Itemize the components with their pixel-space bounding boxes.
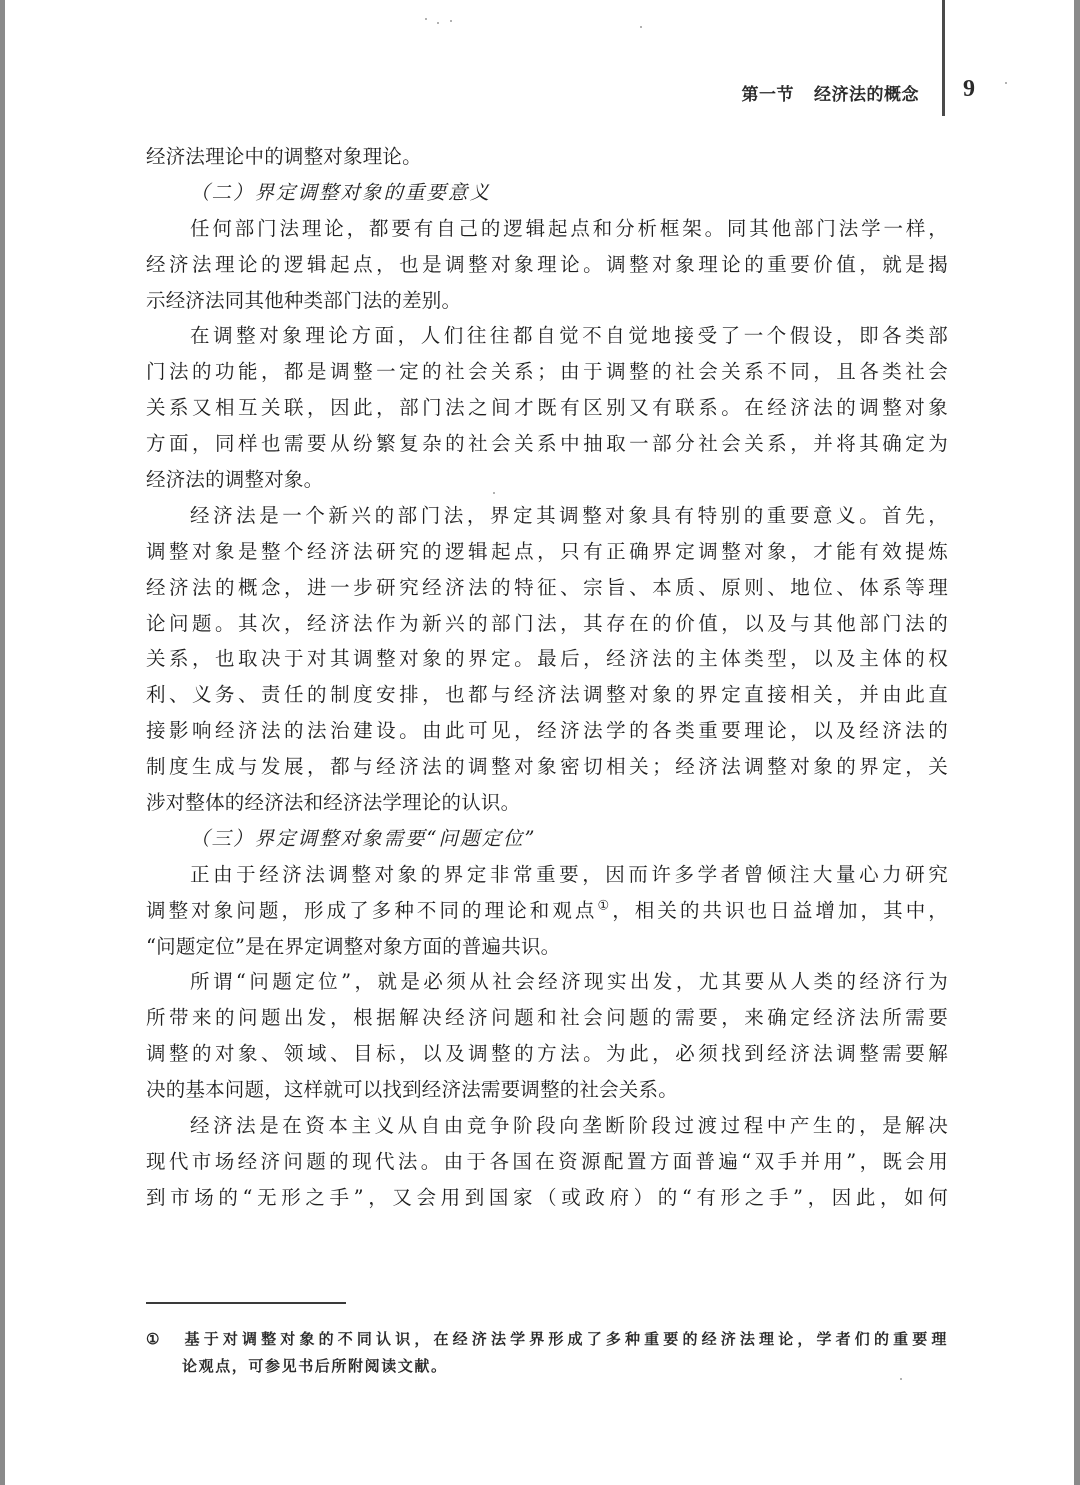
line-text: 决的基本问题，这样就可以找到经济法需要调整的社会关系。	[146, 1078, 678, 1101]
line-text: 在调整对象理论方面，人们往往都自觉不自觉地接受了一个假设，即各类部	[190, 324, 948, 347]
line-text: 关系又相互关联，因此，部门法之间才既有区别又有联系。在经济法的调整对象	[146, 396, 948, 419]
body-line: 经济法的概念，进一步研究经济法的特征、宗旨、本质、原则、地位、体系等理	[146, 570, 948, 606]
line-text: 制度生成与发展，都与经济法的调整对象密切相关；经济法调整对象的界定，关	[146, 755, 948, 778]
body-line: 到市场的“无形之手”，又会用到国家（或政府）的“有形之手”，因此，如何	[146, 1180, 948, 1216]
line-text: 经济法理论中的调整对象理论。	[146, 145, 422, 168]
footnote-text-1: 基于对调整对象的不同认识，在经济法学界形成了多种重要的经济法理论，学者们的重要理	[182, 1330, 948, 1348]
line-text: 所带来的问题出发，根据解决经济问题和社会问题的需要，来确定经济法所需要	[146, 1006, 948, 1029]
body-line: 经济法理论的逻辑起点，也是调整对象理论。调整对象理论的重要价值，就是揭	[146, 247, 948, 283]
line-text: 正由于经济法调整对象的界定非常重要，因而许多学者曾倾注大量心力研究	[190, 863, 948, 886]
body-line: 现代市场经济问题的现代法。由于各国在资源配置方面普遍“双手并用”，既会用	[146, 1144, 948, 1180]
body-line: 调整对象是整个经济法研究的逻辑起点，只有正确界定调整对象，才能有效提炼	[146, 534, 948, 570]
document-page: 第一节经济法的概念 9 经济法理论中的调整对象理论。（二）界定调整对象的重要意义…	[5, 0, 1074, 1485]
running-head: 第一节经济法的概念	[742, 80, 920, 105]
body-line: 经济法的调整对象。	[146, 462, 948, 498]
scan-speck	[425, 18, 427, 20]
section-heading: （二）界定调整对象的重要意义	[146, 175, 948, 211]
line-text: 经济法是一个新兴的部门法，界定其调整对象具有特别的重要意义。首先，	[190, 504, 948, 527]
line-text: （三）界定调整对象需要“问题定位”	[190, 827, 536, 850]
body-line: 制度生成与发展，都与经济法的调整对象密切相关；经济法调整对象的界定，关	[146, 749, 948, 785]
body-line: 示经济法同其他种类部门法的差别。	[146, 283, 948, 319]
line-text: 方面，同样也需要从纷繁复杂的社会关系中抽取一部分社会关系，并将其确定为	[146, 432, 948, 455]
scan-speck	[900, 1378, 902, 1380]
line-text-continued: ，相关的共识也日益增加，其中，	[612, 899, 948, 922]
footnote-rule	[146, 1302, 346, 1304]
header-vertical-rule	[942, 0, 945, 116]
scan-speck	[493, 492, 495, 494]
running-head-section: 第一节	[742, 85, 795, 105]
line-text: 调整对象是整个经济法研究的逻辑起点，只有正确界定调整对象，才能有效提炼	[146, 540, 948, 563]
footnote-reference[interactable]: ①	[598, 898, 613, 913]
line-text: 调整对象问题，形成了多种不同的理论和观点	[146, 899, 598, 922]
page-number: 9	[963, 76, 975, 103]
line-text: 关系，也取决于对其调整对象的界定。最后，经济法的主体类型，以及主体的权	[146, 647, 948, 670]
line-text: 门法的功能，都是调整一定的社会关系；由于调整的社会关系不同，且各类社会	[146, 360, 948, 383]
line-text: 论问题。其次，经济法作为新兴的部门法，其存在的价值，以及与其他部门法的	[146, 612, 948, 635]
scan-speck	[640, 26, 642, 28]
body-line: 关系，也取决于对其调整对象的界定。最后，经济法的主体类型，以及主体的权	[146, 641, 948, 677]
line-text: 所谓“问题定位”，就是必须从社会经济现实出发，尤其要从人类的经济行为	[190, 970, 948, 993]
line-text: 调整的对象、领域、目标，以及调整的方法。为此，必须找到经济法调整需要解	[146, 1042, 948, 1065]
body-line: 门法的功能，都是调整一定的社会关系；由于调整的社会关系不同，且各类社会	[146, 354, 948, 390]
line-text: “问题定位”是在界定调整对象方面的普遍共识。	[146, 935, 560, 958]
body-line: 正由于经济法调整对象的界定非常重要，因而许多学者曾倾注大量心力研究	[146, 857, 948, 893]
body-line: 调整的对象、领域、目标，以及调整的方法。为此，必须找到经济法调整需要解	[146, 1036, 948, 1072]
scan-speck	[437, 22, 439, 24]
line-text: 涉对整体的经济法和经济法学理论的认识。	[146, 791, 520, 814]
body-line: 涉对整体的经济法和经济法学理论的认识。	[146, 785, 948, 821]
body-line: 方面，同样也需要从纷繁复杂的社会关系中抽取一部分社会关系，并将其确定为	[146, 426, 948, 462]
body-line: 所谓“问题定位”，就是必须从社会经济现实出发，尤其要从人类的经济行为	[146, 964, 948, 1000]
line-text: 经济法理论的逻辑起点，也是调整对象理论。调整对象理论的重要价值，就是揭	[146, 253, 948, 276]
footnote-marker: ①	[146, 1326, 182, 1353]
body-line: 在调整对象理论方面，人们往往都自觉不自觉地接受了一个假设，即各类部	[146, 318, 948, 354]
line-text: 任何部门法理论，都要有自己的逻辑起点和分析框架。同其他部门法学一样，	[190, 217, 948, 240]
line-text: 利、义务、责任的制度安排，也都与经济法调整对象的界定直接相关，并由此直	[146, 683, 948, 706]
line-text: 经济法的概念，进一步研究经济法的特征、宗旨、本质、原则、地位、体系等理	[146, 576, 948, 599]
line-text: 到市场的“无形之手”，又会用到国家（或政府）的“有形之手”，因此，如何	[146, 1186, 948, 1209]
body-line: 任何部门法理论，都要有自己的逻辑起点和分析框架。同其他部门法学一样，	[146, 211, 948, 247]
line-text: 经济法的调整对象。	[146, 468, 323, 491]
body-line: 决的基本问题，这样就可以找到经济法需要调整的社会关系。	[146, 1072, 948, 1108]
body-text: 经济法理论中的调整对象理论。（二）界定调整对象的重要意义任何部门法理论，都要有自…	[146, 139, 948, 1216]
body-line: 所带来的问题出发，根据解决经济问题和社会问题的需要，来确定经济法所需要	[146, 1000, 948, 1036]
line-text: （二）界定调整对象的重要意义	[190, 181, 491, 204]
scan-speck	[895, 1332, 897, 1334]
footnote: ①基于对调整对象的不同认识，在经济法学界形成了多种重要的经济法理论，学者们的重要…	[146, 1326, 948, 1380]
footnote-line-1: ①基于对调整对象的不同认识，在经济法学界形成了多种重要的经济法理论，学者们的重要…	[146, 1326, 948, 1353]
running-head-title: 经济法的概念	[814, 85, 919, 105]
body-line: 经济法是一个新兴的部门法，界定其调整对象具有特别的重要意义。首先，	[146, 498, 948, 534]
body-line: 接影响经济法的法治建设。由此可见，经济法学的各类重要理论，以及经济法的	[146, 713, 948, 749]
body-line: “问题定位”是在界定调整对象方面的普遍共识。	[146, 929, 948, 965]
scan-speck	[450, 20, 452, 22]
line-text: 经济法是在资本主义从自由竞争阶段向垄断阶段过渡过程中产生的，是解决	[190, 1114, 948, 1137]
line-text: 接影响经济法的法治建设。由此可见，经济法学的各类重要理论，以及经济法的	[146, 719, 948, 742]
footnote-line-2: 论观点，可参见书后所附阅读文献。	[146, 1353, 948, 1380]
section-heading: （三）界定调整对象需要“问题定位”	[146, 821, 948, 857]
body-line: 利、义务、责任的制度安排，也都与经济法调整对象的界定直接相关，并由此直	[146, 677, 948, 713]
body-line: 经济法是在资本主义从自由竞争阶段向垄断阶段过渡过程中产生的，是解决	[146, 1108, 948, 1144]
body-line: 关系又相互关联，因此，部门法之间才既有区别又有联系。在经济法的调整对象	[146, 390, 948, 426]
scan-speck	[1005, 82, 1007, 84]
line-text: 示经济法同其他种类部门法的差别。	[146, 289, 461, 312]
body-line: 调整对象问题，形成了多种不同的理论和观点①，相关的共识也日益增加，其中，	[146, 893, 948, 929]
body-line: 论问题。其次，经济法作为新兴的部门法，其存在的价值，以及与其他部门法的	[146, 606, 948, 642]
body-line: 经济法理论中的调整对象理论。	[146, 139, 948, 175]
line-text: 现代市场经济问题的现代法。由于各国在资源配置方面普遍“双手并用”，既会用	[146, 1150, 948, 1173]
